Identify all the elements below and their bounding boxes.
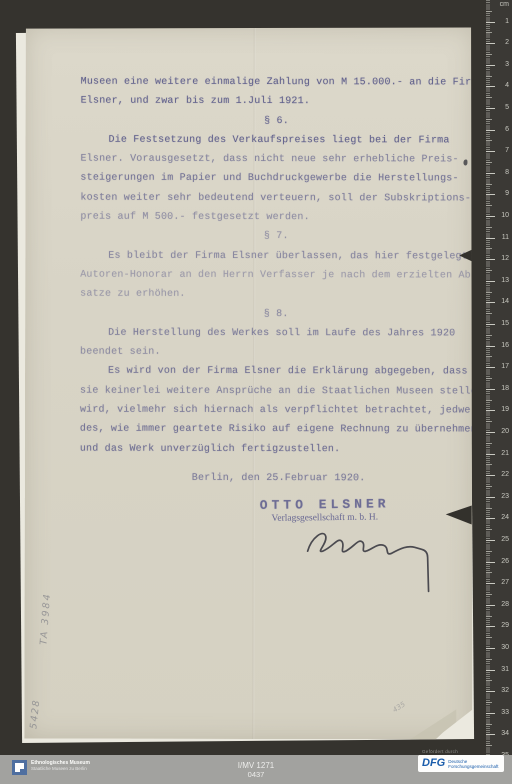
ruler-cm-label: 12 xyxy=(501,255,509,263)
ruler-cm-label: 34 xyxy=(501,730,509,738)
ruler-cm-label: 16 xyxy=(501,342,509,350)
ruler-cm-label: 29 xyxy=(501,622,509,630)
text-line: sie keinerlei weitere Ansprüche an die S… xyxy=(80,381,472,401)
ruler-cm-label: 11 xyxy=(502,234,509,242)
ruler-half-tick xyxy=(486,140,492,141)
ruler-cm-tick xyxy=(486,562,495,563)
edge-tear-small xyxy=(459,249,472,261)
ruler-cm-tick xyxy=(486,194,495,195)
text-line: Elsner, und zwar bis zum 1.Juli 1921. xyxy=(81,92,473,112)
funder-name: Deutsche Forschungsgemeinschaft xyxy=(448,759,492,769)
typewritten-text-block: Museen eine weitere einmalige Zahlung vo… xyxy=(80,73,473,489)
ruler-cm-tick xyxy=(486,86,495,87)
section-heading: § 8. xyxy=(80,304,472,324)
text-line: preis auf M 500.- festgesetzt werden. xyxy=(80,208,472,228)
ruler-cm-tick xyxy=(486,302,495,303)
ruler-cm-tick xyxy=(486,518,495,519)
ruler-cm-tick xyxy=(486,259,495,260)
ruler-half-tick xyxy=(486,680,492,681)
ruler-cm-tick xyxy=(486,734,495,735)
ink-speck xyxy=(463,159,467,165)
ruler-half-tick xyxy=(486,572,492,573)
ruler-cm-label: 4 xyxy=(505,82,509,90)
ruler-half-tick xyxy=(486,184,492,185)
ruler-cm-tick xyxy=(486,173,495,174)
ruler-cm-tick xyxy=(486,605,495,606)
measurement-ruler: cm 1234567891011121314151617181920212223… xyxy=(486,0,512,784)
section-heading: § 7. xyxy=(80,227,472,247)
ruler-half-tick xyxy=(486,702,492,703)
ruler-half-tick xyxy=(486,443,492,444)
ruler-cm-tick xyxy=(486,540,495,541)
ruler-cm-tick xyxy=(486,151,495,152)
ruler-half-tick xyxy=(486,616,492,617)
ruler-half-tick xyxy=(486,292,492,293)
dfg-logo: DFG xyxy=(422,758,445,769)
ruler-half-tick xyxy=(486,724,492,725)
ruler-cm-tick xyxy=(486,648,495,649)
ruler-half-tick xyxy=(486,551,492,552)
text-line: und das Werk unverzüglich fertigzustelle… xyxy=(80,439,472,459)
ruler-cm-label: 6 xyxy=(505,126,509,134)
ruler-cm-tick xyxy=(486,238,495,239)
text-line: Elsner. Vorausgesetzt, dass nicht neue s… xyxy=(80,150,472,170)
margin-number-note: 5428 xyxy=(28,699,42,730)
ruler-cm-label: 33 xyxy=(501,709,509,717)
ruler-cm-label: 25 xyxy=(501,536,509,544)
ruler-cm-label: 26 xyxy=(501,558,509,566)
digitization-footer: Ethnologisches Museum Staatliche Museen … xyxy=(0,755,512,784)
funder-note: Gefördert durch xyxy=(422,749,504,754)
ruler-cm-label: 27 xyxy=(501,579,509,587)
text-line: Es bleibt der Firma Elsner überlassen, d… xyxy=(80,246,472,266)
ruler-cm-tick xyxy=(486,497,495,498)
ruler-half-tick xyxy=(486,400,492,401)
ruler-cm-label: 1 xyxy=(505,18,509,26)
ruler-cm-label: 30 xyxy=(501,644,509,652)
text-line: wird, vielmehr sich hiernach als verpfli… xyxy=(80,401,472,421)
ruler-cm-label: 31 xyxy=(501,666,509,674)
ruler-cm-tick xyxy=(486,713,495,714)
text-line: beendet sein. xyxy=(80,343,472,363)
ruler-cm-tick xyxy=(486,43,495,44)
ruler-half-tick xyxy=(486,119,492,120)
ruler-cm-tick xyxy=(486,108,495,109)
ruler-half-tick xyxy=(486,594,492,595)
ruler-half-tick xyxy=(486,205,492,206)
text-line: Museen eine weitere einmalige Zahlung vo… xyxy=(81,73,473,93)
ruler-cm-label: 9 xyxy=(505,190,509,198)
ruler-half-tick xyxy=(486,508,492,509)
ruler-half-tick xyxy=(486,335,492,336)
ruler-cm-label: 2 xyxy=(505,39,509,47)
ruler-half-tick xyxy=(486,486,492,487)
ruler-cm-tick xyxy=(486,475,495,476)
ruler-cm-label: 8 xyxy=(505,169,509,177)
ruler-half-tick xyxy=(486,464,492,465)
ruler-cm-label: 3 xyxy=(505,61,509,69)
ruler-cm-tick xyxy=(486,389,495,390)
text-line: satze zu erhöhen. xyxy=(80,285,472,305)
ruler-half-tick xyxy=(486,313,492,314)
ruler-cm-tick xyxy=(486,626,495,627)
corner-pencil-note: 435 xyxy=(391,700,407,714)
ruler-cm-tick xyxy=(486,454,495,455)
ruler-cm-label: 28 xyxy=(501,601,509,609)
ruler-half-tick xyxy=(486,248,492,249)
ruler-cm-label: 14 xyxy=(501,298,509,306)
ruler-cm-label: 23 xyxy=(501,493,509,501)
ruler-half-tick xyxy=(486,227,492,228)
section-heading: § 6. xyxy=(81,111,473,131)
text-line: des, wie immer geartete Risiko auf eigen… xyxy=(80,420,472,440)
ruler-cm-label: 5 xyxy=(505,104,509,112)
archive-scan-viewport: cm 1234567891011121314151617181920212223… xyxy=(0,0,512,784)
ruler-half-tick xyxy=(486,54,492,55)
ruler-cm-label: 15 xyxy=(501,320,509,328)
ruler-half-tick xyxy=(486,11,492,12)
ruler-cm-label: 18 xyxy=(501,385,509,393)
ruler-half-tick xyxy=(486,637,492,638)
text-line: Die Herstellung des Werkes soll im Laufe… xyxy=(80,324,472,344)
document-page: Museen eine weitere einmalige Zahlung vo… xyxy=(24,27,473,740)
ruler-cm-tick xyxy=(486,281,495,282)
ruler-cm-tick xyxy=(486,583,495,584)
ruler-half-tick xyxy=(486,76,492,77)
ruler-cm-tick xyxy=(486,670,495,671)
ruler-cm-tick xyxy=(486,432,495,433)
ruler-cm-tick xyxy=(486,22,495,23)
ruler-half-tick xyxy=(486,97,492,98)
funder-branding: Gefördert durch DFG Deutsche Forschungsg… xyxy=(418,749,504,772)
text-line: Autoren-Honorar an den Herrn Verfasser j… xyxy=(80,266,472,286)
ruler-cm-tick xyxy=(486,367,495,368)
ruler-cm-label: 13 xyxy=(501,277,509,285)
ruler-cm-label: 21 xyxy=(501,450,509,458)
dateline: Berlin, den 25.Februar 1920. xyxy=(192,469,472,489)
ruler-half-tick xyxy=(486,659,492,660)
ruler-half-tick xyxy=(486,378,492,379)
ruler-cm-tick xyxy=(486,346,495,347)
ruler-half-tick xyxy=(486,270,492,271)
ruler-cm-tick xyxy=(486,324,495,325)
ruler-half-tick xyxy=(486,32,492,33)
ruler-cm-label: 22 xyxy=(501,471,509,479)
ruler-cm-label: 19 xyxy=(501,406,509,414)
ruler-cm-label: 24 xyxy=(501,514,509,522)
text-line: Die Festsetzung des Verkaufspreises lieg… xyxy=(80,131,472,151)
ruler-cm-tick xyxy=(486,691,495,692)
ruler-cm-label: 10 xyxy=(501,212,509,220)
text-line: steigerungen im Papier und Buchdruckgewe… xyxy=(80,169,472,189)
ruler-cm-tick xyxy=(486,410,495,411)
handwritten-signature xyxy=(300,515,450,595)
ruler-cm-label: 32 xyxy=(501,687,509,695)
margin-inventory-note: TA 3984 xyxy=(38,592,53,645)
text-line: Es wird von der Firma Elsner die Erkläru… xyxy=(80,362,472,382)
text-line: kosten weiter sehr bedeutend verteuern, … xyxy=(80,188,472,208)
ruler-cm-label: 17 xyxy=(501,363,509,371)
ruler-unit-label: cm xyxy=(500,1,509,8)
ruler-cm-label: 20 xyxy=(501,428,509,436)
ruler-cm-label: 7 xyxy=(505,147,509,155)
ruler-cm-tick xyxy=(486,216,495,217)
ruler-cm-tick xyxy=(486,65,495,66)
ruler-cm-tick xyxy=(486,130,495,131)
ruler-half-tick xyxy=(486,356,492,357)
ruler-half-tick xyxy=(486,421,492,422)
ruler-half-tick xyxy=(486,745,492,746)
stamp-company-name: OTTO ELSNER xyxy=(225,496,425,513)
ruler-half-tick xyxy=(486,162,492,163)
ruler-mm-ticks xyxy=(486,0,490,784)
ruler-half-tick xyxy=(486,529,492,530)
